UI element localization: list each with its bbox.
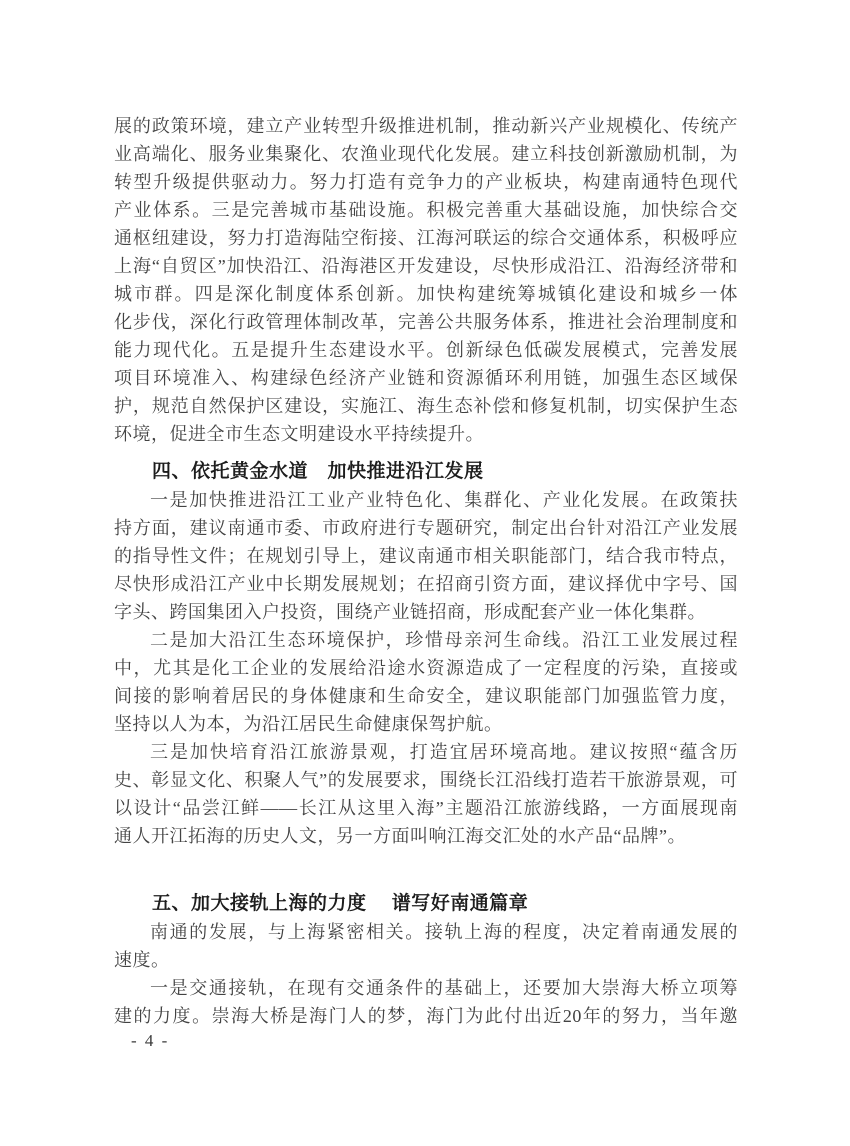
text-line: 通人开江拓海的历史人文，另一方面叫响江海交汇处的水产品“品牌”。	[114, 822, 738, 850]
text-line: 化步伐，深化行政管理体制改革，完善公共服务体系，推进社会治理制度和	[114, 308, 738, 336]
text-line: 上海“自贸区”加快沿江、沿海港区开发建设，尽快形成沿江、沿海经济带和	[114, 252, 738, 280]
document-body: 展的政策环境，建立产业转型升级推进机制，推动新兴产业规模化、传统产业高端化、服务…	[114, 112, 738, 1030]
text-line: 一是交通接轨，在现有交通条件的基础上，还要加大崇海大桥立项筹	[114, 974, 738, 1002]
text-line: 通枢纽建设，努力打造海陆空衔接、江海河联运的综合交通体系，积极呼应	[114, 224, 738, 252]
text-line: 转型升级提供驱动力。努力打造有竞争力的产业板块，构建南通特色现代	[114, 168, 738, 196]
text-line: 以设计“品尝江鲜——长江从这里入海”主题沿江旅游线路，一方面展现南	[114, 794, 738, 822]
text-line: 环境，促进全市生态文明建设水平持续提升。	[114, 420, 738, 448]
document-page: 展的政策环境，建立产业转型升级推进机制，推动新兴产业规模化、传统产业高端化、服务…	[0, 0, 850, 1146]
text-line: 二是加大沿江生态环境保护，珍惜母亲河生命线。沿江工业发展过程	[114, 626, 738, 654]
text-line: 南通的发展，与上海紧密相关。接轨上海的程度，决定着南通发展的	[114, 918, 738, 946]
paragraph-section4-1: 一是加快推进沿江工业产业特色化、集群化、产业化发展。在政策扶持方面，建议南通市委…	[114, 486, 738, 626]
page-number: - 4 -	[131, 1031, 169, 1050]
paragraph-section5-1: 南通的发展，与上海紧密相关。接轨上海的程度，决定着南通发展的速度。	[114, 918, 738, 974]
paragraph-section4-3: 三是加快培育沿江旅游景观，打造宜居环境高地。建议按照“蕴含历史、彰显文化、积聚人…	[114, 738, 738, 850]
text-line: 速度。	[114, 946, 738, 974]
paragraph-section5-2: 一是交通接轨，在现有交通条件的基础上，还要加大崇海大桥立项筹建的力度。崇海大桥是…	[114, 974, 738, 1030]
text-line: 展的政策环境，建立产业转型升级推进机制，推动新兴产业规模化、传统产	[114, 112, 738, 140]
section-heading-four: 四、依托黄金水道 加快推进沿江发展	[114, 458, 738, 486]
text-line: 间接的影响着居民的身体健康和生命安全，建议职能部门加强监管力度，	[114, 682, 738, 710]
text-line: 三是加快培育沿江旅游景观，打造宜居环境高地。建议按照“蕴含历	[114, 738, 738, 766]
text-line: 项目环境准入、构建绿色经济产业链和资源循环利用链，加强生态区域保	[114, 364, 738, 392]
text-line: 能力现代化。五是提升生态建设水平。创新绿色低碳发展模式，完善发展	[114, 336, 738, 364]
text-line: 的指导性文件；在规划引导上，建议南通市相关职能部门，结合我市特点，	[114, 542, 738, 570]
paragraph-section4-2: 二是加大沿江生态环境保护，珍惜母亲河生命线。沿江工业发展过程中，尤其是化工企业的…	[114, 626, 738, 738]
text-line: 产业体系。三是完善城市基础设施。积极完善重大基础设施，加快综合交	[114, 196, 738, 224]
text-line: 字头、跨国集团入户投资，围绕产业链招商，形成配套产业一体化集群。	[114, 598, 738, 626]
text-line: 中，尤其是化工企业的发展给沿途水资源造成了一定程度的污染，直接或	[114, 654, 738, 682]
paragraph-continuation: 展的政策环境，建立产业转型升级推进机制，推动新兴产业规模化、传统产业高端化、服务…	[114, 112, 738, 448]
text-line: 护，规范自然保护区建设，实施江、海生态补偿和修复机制，切实保护生态	[114, 392, 738, 420]
text-line: 城市群。四是深化制度体系创新。加快构建统筹城镇化建设和城乡一体	[114, 280, 738, 308]
text-line: 业高端化、服务业集聚化、农渔业现代化发展。建立科技创新激励机制，为	[114, 140, 738, 168]
text-line: 建的力度。崇海大桥是海门人的梦，海门为此付出近20年的努力，当年邀	[114, 1002, 738, 1030]
page-footer: - 4 -	[131, 1031, 169, 1051]
section-heading-five: 五、加大接轨上海的力度 谱写好南通篇章	[114, 890, 738, 918]
text-line: 一是加快推进沿江工业产业特色化、集群化、产业化发展。在政策扶	[114, 486, 738, 514]
text-line: 持方面，建议南通市委、市政府进行专题研究，制定出台针对沿江产业发展	[114, 514, 738, 542]
text-line: 史、彰显文化、积聚人气”的发展要求，围绕长江沿线打造若干旅游景观，可	[114, 766, 738, 794]
text-line: 尽快形成沿江产业中长期发展规划；在招商引资方面，建议择优中字号、国	[114, 570, 738, 598]
text-line: 坚持以人为本，为沿江居民生命健康保驾护航。	[114, 710, 738, 738]
